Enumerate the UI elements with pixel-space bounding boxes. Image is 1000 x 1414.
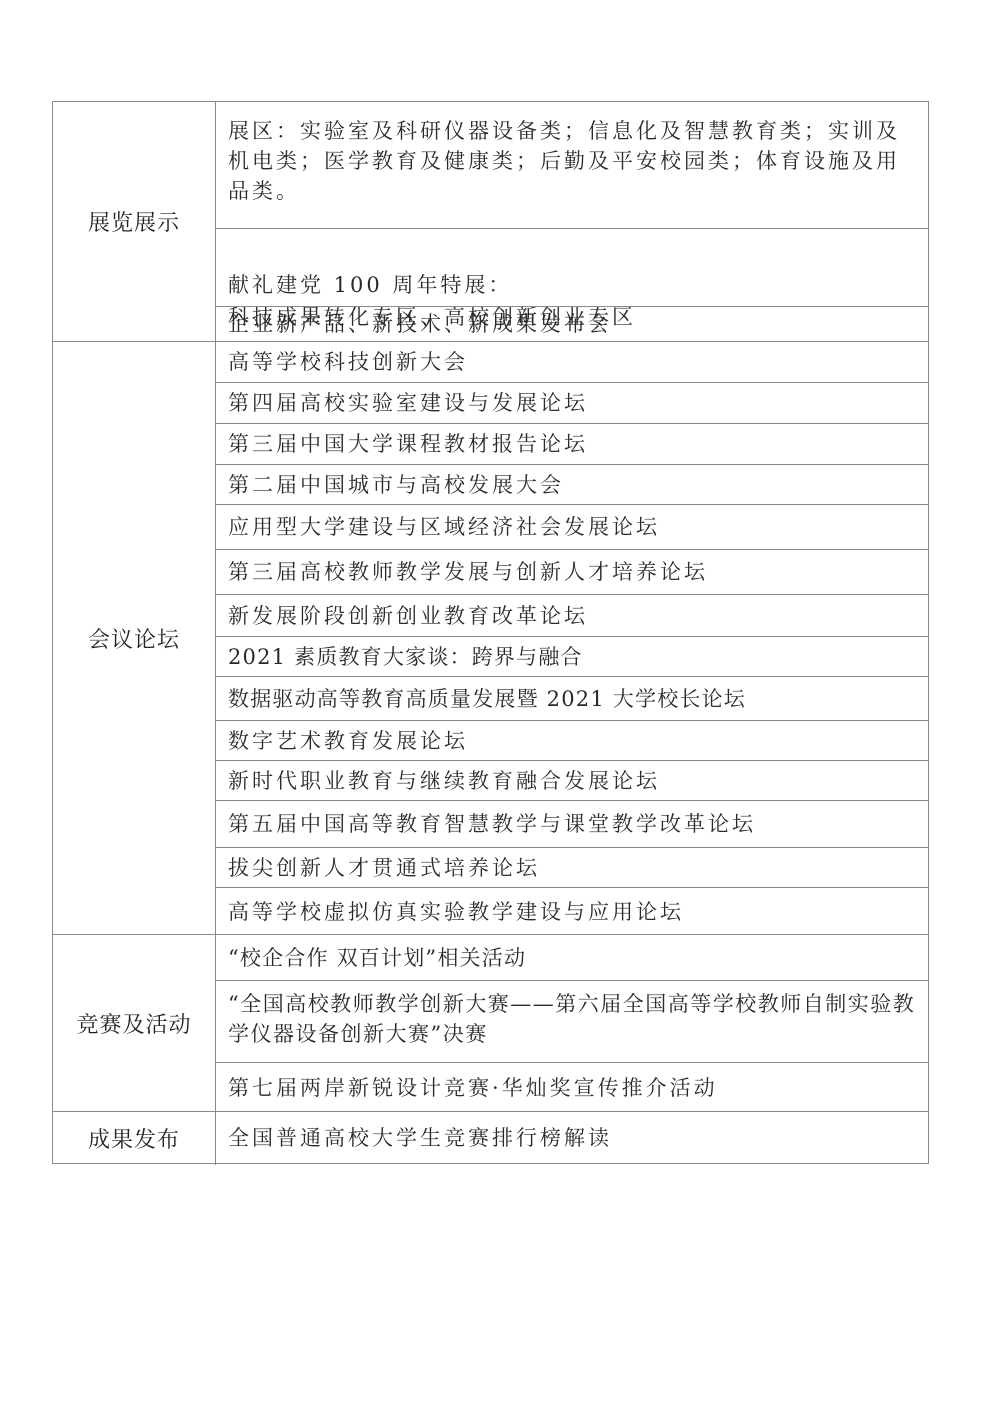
table-cell: 第二届中国城市与高校发展大会	[216, 464, 928, 504]
table-cell: 第四届高校实验室建设与发展论坛	[216, 382, 928, 423]
cell-text: “校企合作 双百计划”相关活动	[228, 943, 526, 973]
cell-text: 2021 素质教育大家谈：跨界与融合	[228, 642, 583, 672]
cell-text: 第五届中国高等教育智慧教学与课堂教学改革论坛	[228, 809, 756, 839]
table-cell: 新时代职业教育与继续教育融合发展论坛	[216, 760, 928, 800]
cell-text: 数据驱动高等教育高质量发展暨 2021 大学校长论坛	[228, 684, 746, 714]
cell-text: 新发展阶段创新创业教育改革论坛	[228, 601, 588, 631]
cell-text: 企业新产品、新技术、新成果发布会	[228, 309, 612, 339]
table-cell: 第七届两岸新锐设计竞赛·华灿奖宣传推介活动	[216, 1062, 928, 1112]
category-label: 会议论坛	[53, 342, 216, 934]
cell-text: 第七届两岸新锐设计竞赛·华灿奖宣传推介活动	[228, 1073, 718, 1103]
group-items: “校企合作 双百计划”相关活动 “全国高校教师教学创新大赛——第六届全国高等学校…	[216, 935, 928, 1111]
table-cell: 企业新产品、新技术、新成果发布会	[216, 306, 928, 341]
cell-text: 第四届高校实验室建设与发展论坛	[228, 388, 588, 418]
table-cell: 数字艺术教育发展论坛	[216, 720, 928, 760]
cell-text: 数字艺术教育发展论坛	[228, 726, 468, 756]
cell-text: 高等学校虚拟仿真实验教学建设与应用论坛	[228, 897, 684, 927]
group-results: 成果发布 全国普通高校大学生竞赛排行榜解读	[53, 1111, 928, 1165]
table-cell: 全国普通高校大学生竞赛排行榜解读	[216, 1112, 928, 1164]
table-cell: 数据驱动高等教育高质量发展暨 2021 大学校长论坛	[216, 676, 928, 720]
cell-text: 第三届中国大学课程教材报告论坛	[228, 429, 588, 459]
group-items: 展区：实验室及科研仪器设备类；信息化及智慧教育类；实训及机电类；医学教育及健康类…	[216, 102, 928, 341]
table-cell: 高等学校科技创新大会	[216, 342, 928, 382]
table-cell: 第三届高校教师教学发展与创新人才培养论坛	[216, 549, 928, 594]
group-exhibition: 展览展示 展区：实验室及科研仪器设备类；信息化及智慧教育类；实训及机电类；医学教…	[53, 102, 928, 341]
cell-text: 拔尖创新人才贯通式培养论坛	[228, 853, 540, 883]
cell-text: 全国普通高校大学生竞赛排行榜解读	[228, 1123, 612, 1153]
table-cell: 新发展阶段创新创业教育改革论坛	[216, 594, 928, 636]
cell-text: 展区：实验室及科研仪器设备类；信息化及智慧教育类；实训及机电类；医学教育及健康类…	[228, 119, 900, 203]
cell-text: “全国高校教师教学创新大赛——第六届全国高等学校教师自制实验教学仪器设备创新大赛…	[228, 992, 915, 1046]
table-cell: 第三届中国大学课程教材报告论坛	[216, 423, 928, 464]
category-label: 成果发布	[53, 1112, 216, 1165]
table-cell: 第五届中国高等教育智慧教学与课堂教学改革论坛	[216, 800, 928, 847]
table-cell: 2021 素质教育大家谈：跨界与融合	[216, 636, 928, 676]
table-cell: “校企合作 双百计划”相关活动	[216, 935, 928, 980]
cell-text: 第二届中国城市与高校发展大会	[228, 470, 564, 500]
table-cell: 献礼建党 100 周年特展： 科技成果转化专区、高校创新创业专区	[216, 228, 928, 306]
table-cell: 拔尖创新人才贯通式培养论坛	[216, 847, 928, 887]
table-cell: “全国高校教师教学创新大赛——第六届全国高等学校教师自制实验教学仪器设备创新大赛…	[216, 980, 928, 1062]
group-items: 高等学校科技创新大会 第四届高校实验室建设与发展论坛 第三届中国大学课程教材报告…	[216, 342, 928, 934]
cell-text: 第三届高校教师教学发展与创新人才培养论坛	[228, 557, 708, 587]
table-cell: 应用型大学建设与区域经济社会发展论坛	[216, 504, 928, 549]
cell-text: 新时代职业教育与继续教育融合发展论坛	[228, 766, 660, 796]
table-cell: 高等学校虚拟仿真实验教学建设与应用论坛	[216, 887, 928, 935]
table-cell: 展区：实验室及科研仪器设备类；信息化及智慧教育类；实训及机电类；医学教育及健康类…	[216, 102, 928, 228]
group-conferences: 会议论坛 高等学校科技创新大会 第四届高校实验室建设与发展论坛 第三届中国大学课…	[53, 341, 928, 934]
group-competitions: 竞赛及活动 “校企合作 双百计划”相关活动 “全国高校教师教学创新大赛——第六届…	[53, 934, 928, 1111]
program-table: 展览展示 展区：实验室及科研仪器设备类；信息化及智慧教育类；实训及机电类；医学教…	[52, 101, 929, 1164]
cell-text: 高等学校科技创新大会	[228, 347, 468, 377]
cell-text: 应用型大学建设与区域经济社会发展论坛	[228, 512, 660, 542]
category-label: 竞赛及活动	[53, 935, 216, 1111]
category-label: 展览展示	[53, 102, 216, 341]
group-items: 全国普通高校大学生竞赛排行榜解读	[216, 1112, 928, 1165]
